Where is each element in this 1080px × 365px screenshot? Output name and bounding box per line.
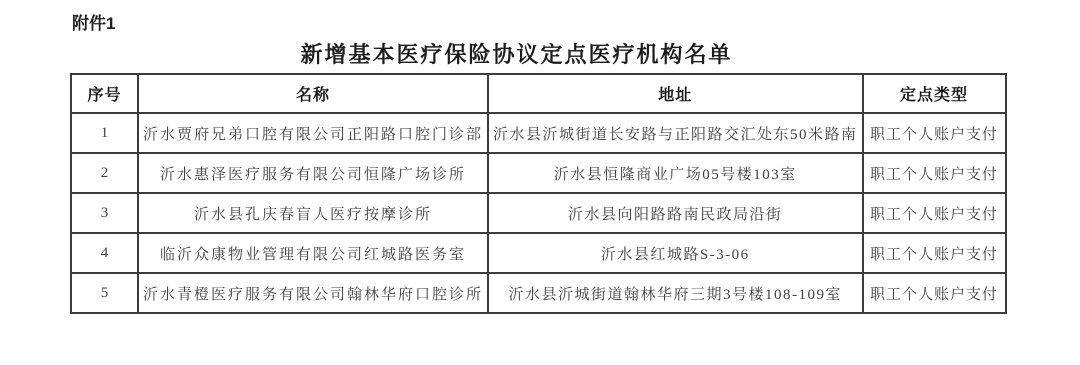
row-address: 沂水县向阳路路南民政局沿街: [488, 193, 863, 233]
table-row: 5 沂水青橙医疗服务有限公司翰林华府口腔诊所 沂水县沂城街道翰林华府三期3号楼1…: [71, 273, 1006, 313]
row-name: 沂水县孔庆春盲人医疗按摩诊所: [138, 193, 488, 233]
table-row: 1 沂水贾府兄弟口腔有限公司正阳路口腔门诊部 沂水县沂城街道长安路与正阳路交汇处…: [71, 113, 1006, 153]
row-name: 临沂众康物业管理有限公司红城路医务室: [138, 233, 488, 273]
table-row: 4 临沂众康物业管理有限公司红城路医务室 沂水县红城路S-3-06 职工个人账户…: [71, 233, 1006, 273]
header-seq: 序号: [71, 74, 138, 113]
document-page: 附件1 新增基本医疗保险协议定点医疗机构名单 序号 名称 地址 定点类型 1 沂…: [0, 0, 1080, 365]
row-address: 沂水县沂城街道翰林华府三期3号楼108-109室: [488, 273, 863, 313]
row-address: 沂水县恒隆商业广场05号楼103室: [488, 153, 863, 193]
header-name: 名称: [138, 74, 488, 113]
institutions-table: 序号 名称 地址 定点类型 1 沂水贾府兄弟口腔有限公司正阳路口腔门诊部 沂水县…: [70, 73, 1007, 314]
attachment-label: 附件1: [72, 9, 115, 34]
row-name: 沂水惠泽医疗服务有限公司恒隆广场诊所: [138, 153, 488, 193]
row-seq: 5: [71, 273, 138, 313]
row-address: 沂水县红城路S-3-06: [488, 233, 863, 273]
row-address: 沂水县沂城街道长安路与正阳路交汇处东50米路南: [488, 113, 863, 153]
row-seq: 2: [71, 153, 138, 193]
table-header-row: 序号 名称 地址 定点类型: [71, 74, 1006, 113]
row-type: 职工个人账户支付: [863, 233, 1006, 273]
row-seq: 1: [71, 113, 138, 153]
row-seq: 4: [71, 233, 138, 273]
row-name: 沂水青橙医疗服务有限公司翰林华府口腔诊所: [138, 273, 488, 313]
row-type: 职工个人账户支付: [863, 273, 1006, 313]
row-type: 职工个人账户支付: [863, 113, 1006, 153]
row-seq: 3: [71, 193, 138, 233]
table-row: 2 沂水惠泽医疗服务有限公司恒隆广场诊所 沂水县恒隆商业广场05号楼103室 职…: [71, 153, 1006, 193]
header-address: 地址: [488, 74, 863, 113]
row-type: 职工个人账户支付: [863, 193, 1006, 233]
row-name: 沂水贾府兄弟口腔有限公司正阳路口腔门诊部: [138, 113, 488, 153]
row-type: 职工个人账户支付: [863, 153, 1006, 193]
document-title: 新增基本医疗保险协议定点医疗机构名单: [70, 38, 963, 69]
header-type: 定点类型: [863, 74, 1006, 113]
table-row: 3 沂水县孔庆春盲人医疗按摩诊所 沂水县向阳路路南民政局沿街 职工个人账户支付: [71, 193, 1006, 233]
